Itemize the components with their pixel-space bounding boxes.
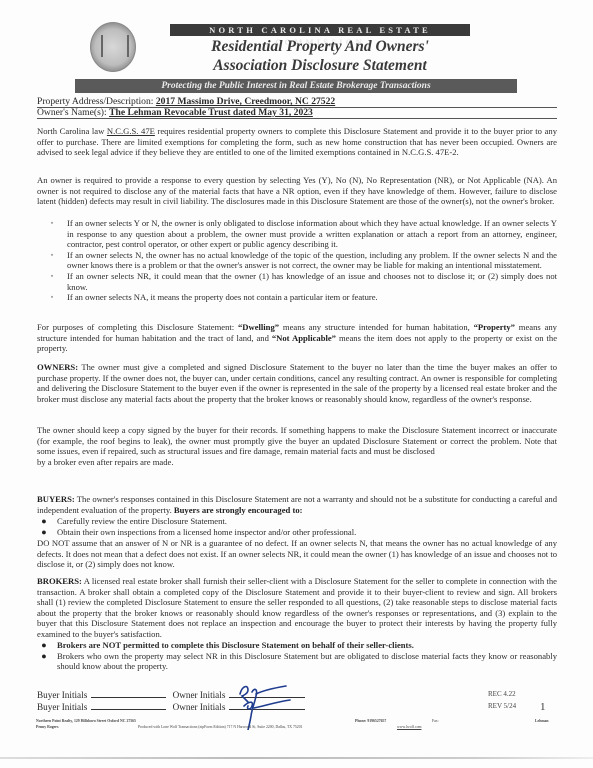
footer-produced-by: Produced with Lone Wolf Transactions (zi… <box>138 725 303 730</box>
brokers-heading: BROKERS: <box>37 576 82 586</box>
buyer-initials-label: Buyer Initials <box>37 690 87 700</box>
term-not-applicable: “Not Applicable” <box>272 333 336 343</box>
buyer-initials-field-2[interactable] <box>91 700 166 710</box>
buyers-encouraged: Buyers are strongly encouraged to: <box>174 505 303 515</box>
owners-update-paragraph: The owner should keep a copy signed by t… <box>37 425 557 467</box>
list-item: ●Brokers who own the property may select… <box>37 651 557 672</box>
footer-agent: Penny Rogers <box>36 725 58 730</box>
buyers-list: ●Carefully review the entire Disclosure … <box>37 516 557 537</box>
property-address-label: Property Address/Description: <box>37 96 153 107</box>
commission-banner: NORTH CAROLINA REAL ESTATE COMMISSION <box>170 24 470 36</box>
statute-link[interactable]: N.C.G.S. 47E <box>107 126 155 136</box>
brokers-paragraph: BROKERS: A licensed real estate broker s… <box>37 576 557 640</box>
response-options-list: ▪If an owner selects Y or N, the owner i… <box>37 218 557 303</box>
owners-heading: OWNERS: <box>37 362 78 372</box>
intro-text: North Carolina law <box>37 126 107 136</box>
nc-seal-icon <box>90 22 136 72</box>
tagline-banner: Protecting the Public Interest in Real E… <box>75 79 517 93</box>
signature-icon <box>234 680 294 730</box>
document-title-line1: Residential Property And Owners' <box>150 38 490 56</box>
term-dwelling: “Dwelling” <box>238 322 279 332</box>
owner-name-value: The Lehman Revocable Trust dated May 31,… <box>109 107 313 118</box>
brokers-list: ●Brokers are NOT permitted to complete t… <box>37 640 557 672</box>
footer-brokerage: Northern Point Realty, 129 Hillsboro Str… <box>36 719 136 724</box>
owner-name-row: Owner's Name(s): The Lehman Revocable Tr… <box>37 107 557 119</box>
rec-code: REC 4.22 <box>488 690 516 698</box>
footer-website-link[interactable]: www.lwolf.com <box>397 725 421 730</box>
buyer-initials-field-1[interactable] <box>91 688 166 698</box>
list-item: ●Carefully review the entire Disclosure … <box>37 516 557 527</box>
bullet-icon: ▪ <box>45 292 59 303</box>
bullet-icon: ▪ <box>45 218 59 229</box>
list-item: ●Obtain their own inspections from a lic… <box>37 527 557 538</box>
owner-name-label: Owner's Name(s): <box>37 107 107 118</box>
buyer-initials-label: Buyer Initials <box>37 702 87 712</box>
bullet-icon: ▪ <box>45 271 59 282</box>
page-number: 1 <box>540 701 546 713</box>
term-property: “Property” <box>474 322 515 332</box>
bullet-icon: ● <box>37 651 51 662</box>
owner-initials-label: Owner Initials <box>173 690 226 700</box>
list-item: ▪If an owner selects N, the owner has no… <box>37 250 557 271</box>
bullet-icon: ● <box>37 527 51 538</box>
buyers-heading: BUYERS: <box>37 494 75 504</box>
disclosure-page: NORTH CAROLINA REAL ESTATE COMMISSION Re… <box>0 0 593 768</box>
intro-paragraph-law: North Carolina law N.C.G.S. 47E requires… <box>37 126 557 158</box>
owners-paragraph: OWNERS: The owner must give a completed … <box>37 362 557 404</box>
buyers-paragraph: BUYERS: The owner's responses contained … <box>37 494 557 515</box>
owners-update-tail: by a broker even after repairs are made. <box>37 457 557 468</box>
definitions-paragraph: For purposes of completing this Disclosu… <box>37 322 557 354</box>
buyers-warning-paragraph: DO NOT assume that an answer of N or NR … <box>37 538 557 570</box>
list-item: ▪If an owner selects NR, it could mean t… <box>37 271 557 292</box>
footer-file-name: Lehman <box>535 719 549 724</box>
bullet-icon: ▪ <box>45 250 59 261</box>
list-item: ●Brokers are NOT permitted to complete t… <box>37 640 557 651</box>
page-edge <box>0 757 593 759</box>
intro-paragraph-responses: An owner is required to provide a respon… <box>37 175 557 207</box>
footer-fax: Fax: <box>432 719 439 724</box>
bullet-icon: ● <box>37 516 51 527</box>
owners-update-text: The owner should keep a copy signed by t… <box>37 425 557 457</box>
bullet-icon: ● <box>37 640 51 651</box>
document-title-line2: Association Disclosure Statement <box>150 57 490 75</box>
owner-initials-label: Owner Initials <box>173 702 226 712</box>
rev-code: REV 5/24 <box>488 702 516 710</box>
property-address-value: 2017 Massimo Drive, Creedmoor, NC 27522 <box>156 96 335 107</box>
list-item: ▪If an owner selects Y or N, the owner i… <box>37 218 557 250</box>
list-item: ▪If an owner selects NA, it means the pr… <box>37 292 557 303</box>
footer-phone: Phone: 9196527657 <box>355 719 386 724</box>
